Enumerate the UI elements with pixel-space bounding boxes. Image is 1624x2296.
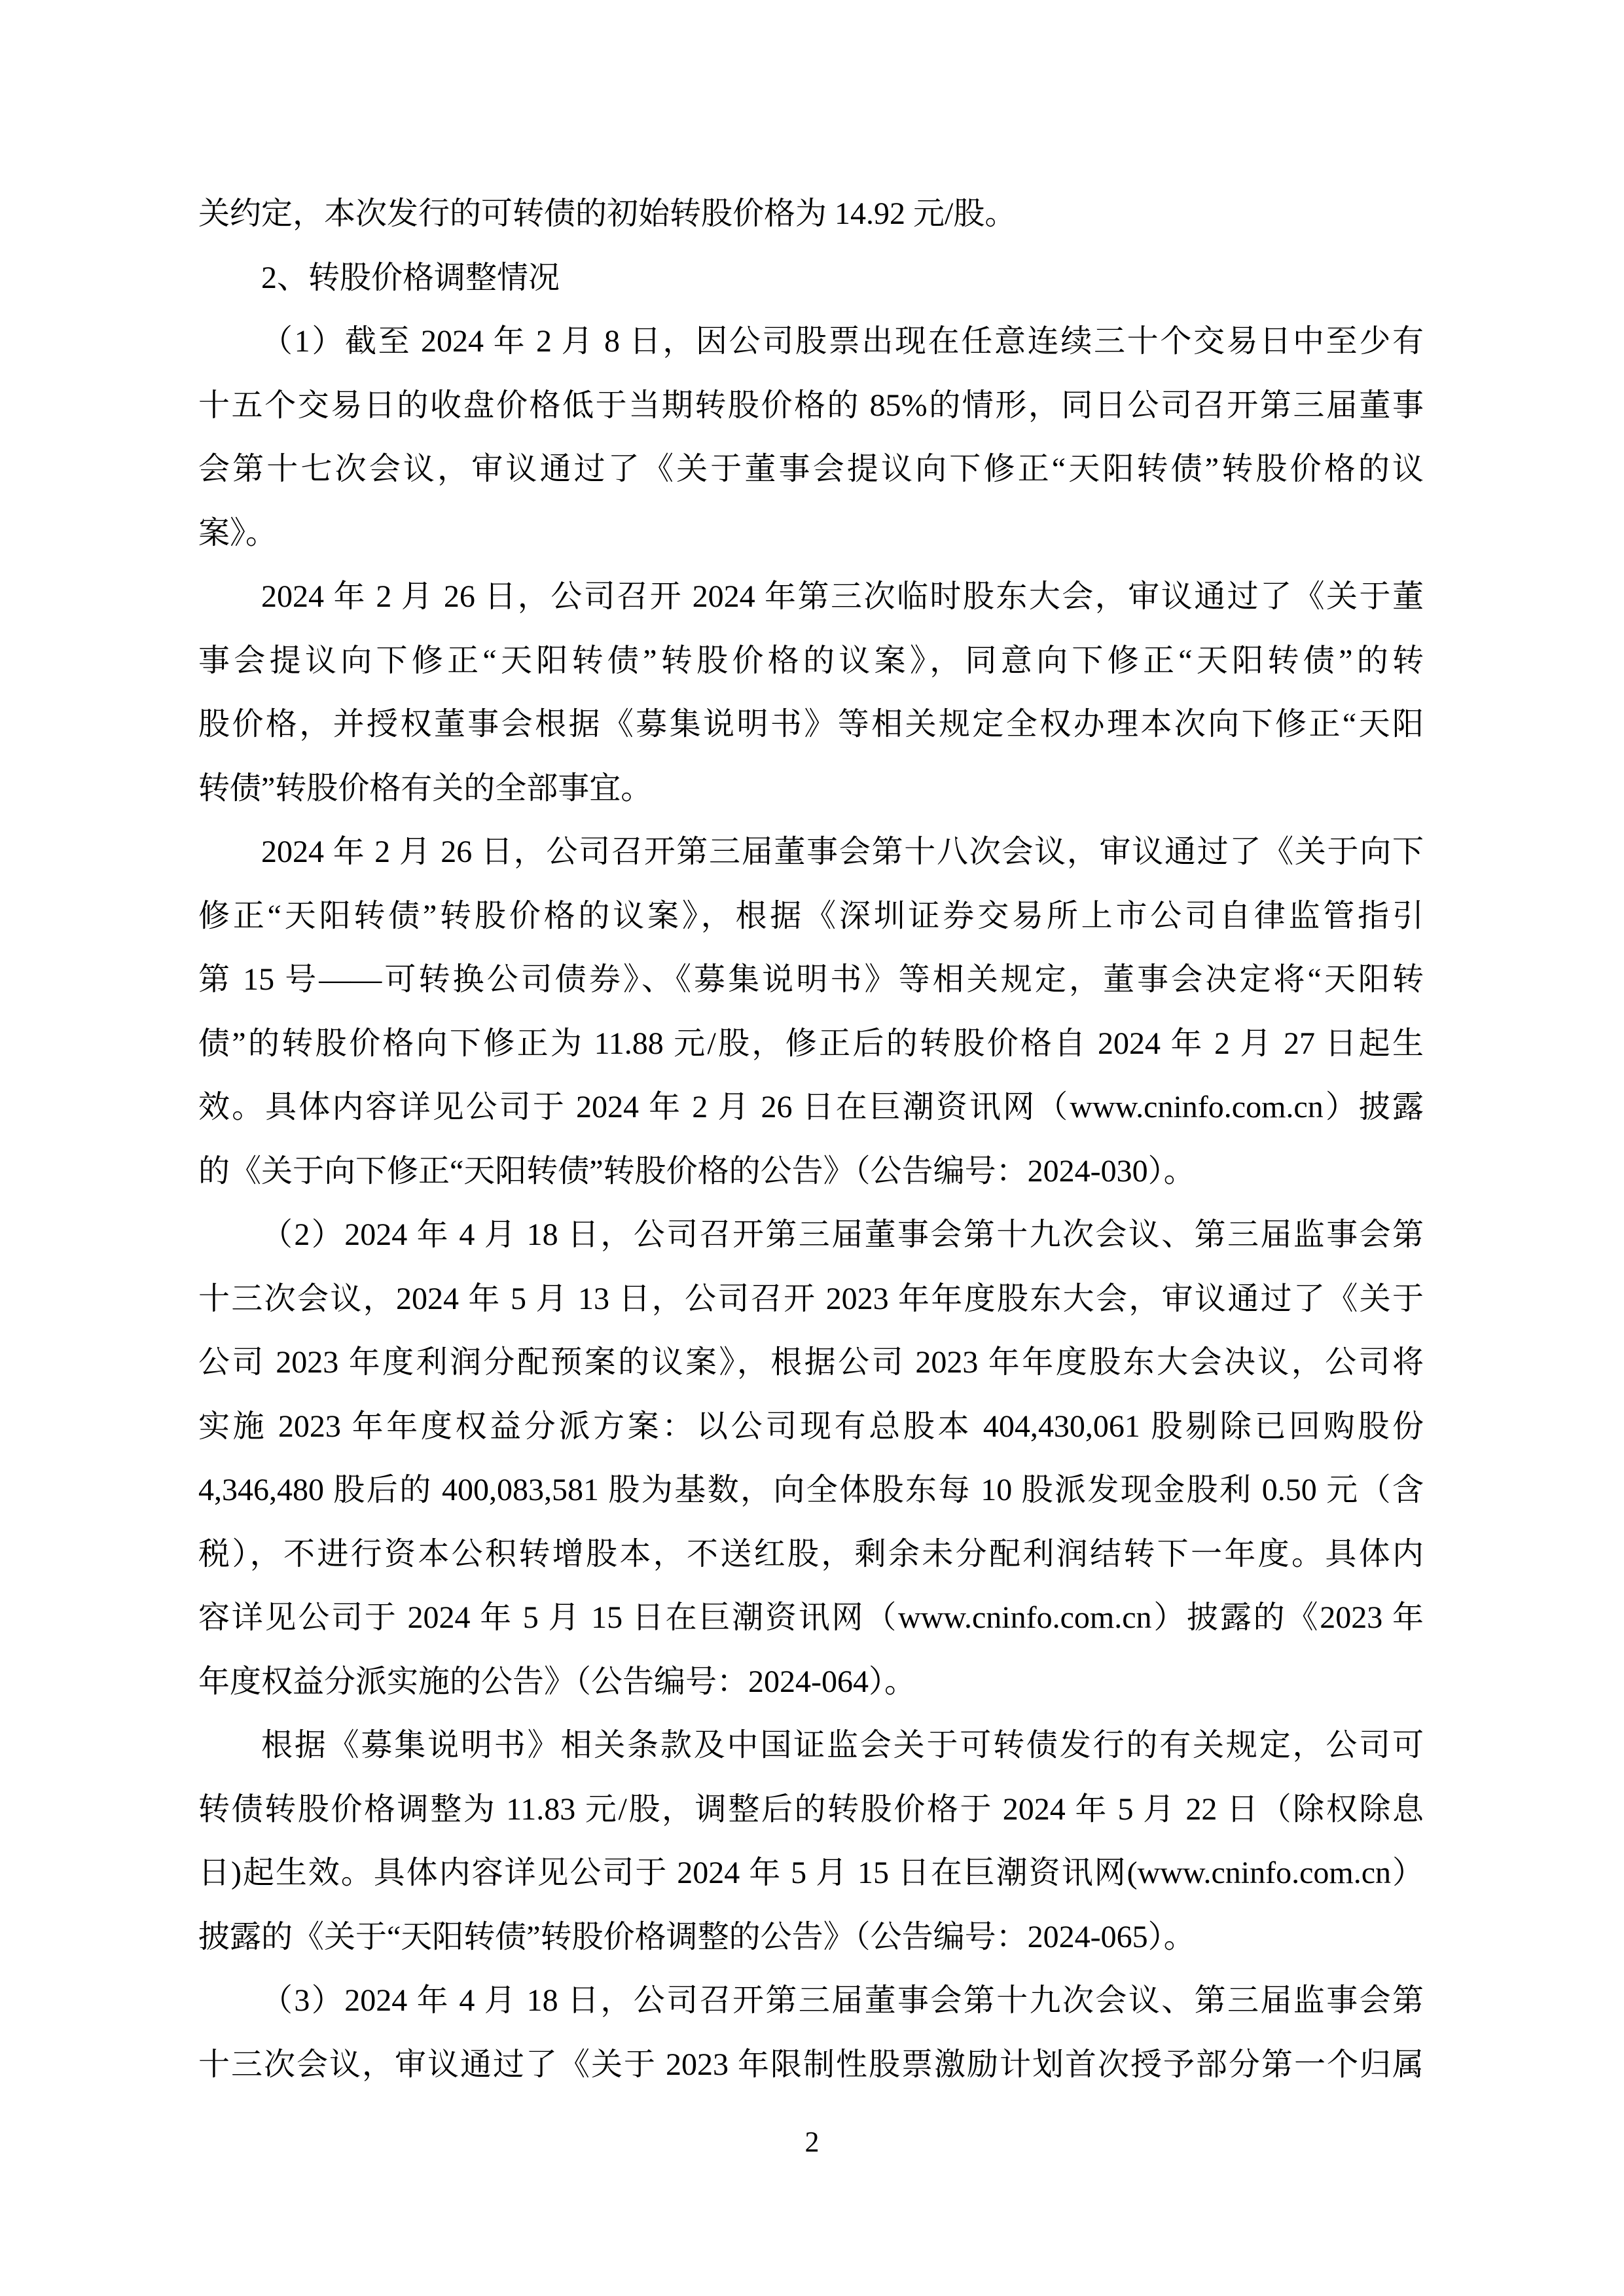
text-line-18: 十三次会议，2024 年 5 月 13 日，公司召开 2023 年年度股东大会，… — [198, 1267, 1424, 1331]
text-line-8: 事会提议向下修正“天阳转债”转股价格的议案》，同意向下修正“天阳转债”的转 — [198, 629, 1424, 693]
text-line-20: 实施 2023 年年度权益分派方案：以公司现有总股本 404,430,061 股… — [198, 1395, 1424, 1459]
text-line-15: 效。具体内容详见公司于 2024 年 2 月 26 日在巨潮资讯网（www.cn… — [198, 1075, 1424, 1139]
text-line-10: 转债”转股价格有关的全部事宜。 — [198, 757, 1424, 821]
text-line-1: 关约定，本次发行的可转债的初始转股价格为 14.92 元/股。 — [198, 182, 1424, 246]
document-page: 关约定，本次发行的可转债的初始转股价格为 14.92 元/股。2、转股价格调整情… — [0, 0, 1624, 2296]
text-line-6: 案》。 — [198, 501, 1424, 565]
text-line-12: 修正“天阳转债”转股价格的议案》，根据《深圳证券交易所上市公司自律监管指引 — [198, 884, 1424, 948]
text-line-14: 债”的转股价格向下修正为 11.88 元/股，修正后的转股价格自 2024 年 … — [198, 1012, 1424, 1076]
text-line-30: 十三次会议，审议通过了《关于 2023 年限制性股票激励计划首次授予部分第一个归… — [198, 2033, 1424, 2097]
text-line-19: 公司 2023 年度利润分配预案的议案》，根据公司 2023 年年度股东大会决议… — [198, 1331, 1424, 1395]
text-line-9: 股价格，并授权董事会根据《募集说明书》等相关规定全权办理本次向下修正“天阳 — [198, 692, 1424, 757]
document-body: 关约定，本次发行的可转债的初始转股价格为 14.92 元/股。2、转股价格调整情… — [198, 182, 1424, 2096]
text-line-2: 2、转股价格调整情况 — [198, 246, 1424, 310]
page-number: 2 — [0, 2126, 1624, 2159]
text-line-26: 转债转股价格调整为 11.83 元/股，调整后的转股价格于 2024 年 5 月… — [198, 1778, 1424, 1842]
text-line-7: 2024 年 2 月 26 日，公司召开 2024 年第三次临时股东大会，审议通… — [198, 565, 1424, 629]
text-line-3: （1）截至 2024 年 2 月 8 日，因公司股票出现在任意连续三十个交易日中… — [198, 310, 1424, 374]
text-line-16: 的《关于向下修正“天阳转债”转股价格的公告》（公告编号：2024-030）。 — [198, 1139, 1424, 1204]
text-line-24: 年度权益分派实施的公告》（公告编号：2024-064）。 — [198, 1650, 1424, 1714]
text-line-28: 披露的《关于“天阳转债”转股价格调整的公告》（公告编号：2024-065）。 — [198, 1905, 1424, 1969]
text-line-29: （3）2024 年 4 月 18 日，公司召开第三届董事会第十九次会议、第三届监… — [198, 1969, 1424, 2033]
text-line-22: 税），不进行资本公积转增股本，不送红股，剩余未分配利润结转下一年度。具体内 — [198, 1522, 1424, 1587]
text-line-27: 日)起生效。具体内容详见公司于 2024 年 5 月 15 日在巨潮资讯网(ww… — [198, 1841, 1424, 1905]
text-line-21: 4,346,480 股后的 400,083,581 股为基数，向全体股东每 10… — [198, 1458, 1424, 1522]
text-line-17: （2）2024 年 4 月 18 日，公司召开第三届董事会第十九次会议、第三届监… — [198, 1203, 1424, 1267]
text-line-23: 容详见公司于 2024 年 5 月 15 日在巨潮资讯网（www.cninfo.… — [198, 1586, 1424, 1650]
text-line-4: 十五个交易日的收盘价格低于当期转股价格的 85%的情形，同日公司召开第三届董事 — [198, 374, 1424, 438]
text-line-13: 第 15 号——可转换公司债券》、《募集说明书》等相关规定，董事会决定将“天阳转 — [198, 948, 1424, 1012]
text-line-5: 会第十七次会议，审议通过了《关于董事会提议向下修正“天阳转债”转股价格的议 — [198, 437, 1424, 501]
text-line-25: 根据《募集说明书》相关条款及中国证监会关于可转债发行的有关规定，公司可 — [198, 1713, 1424, 1778]
text-line-11: 2024 年 2 月 26 日，公司召开第三届董事会第十八次会议，审议通过了《关… — [198, 820, 1424, 884]
